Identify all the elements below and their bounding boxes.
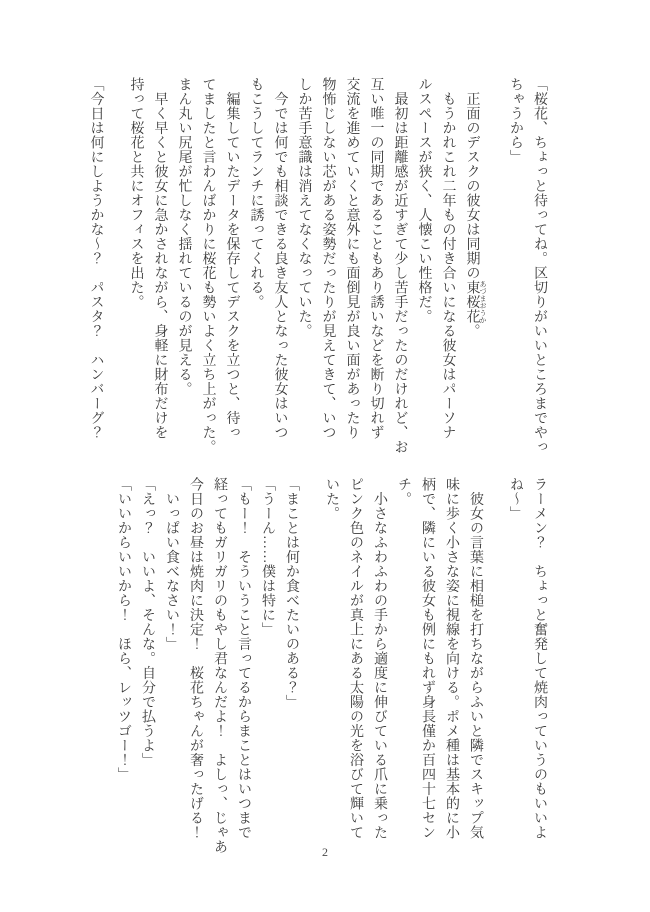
text-line-with-ruby: 正面のデスクの彼女は同期の東桜花あづまおうか。 <box>460 77 488 459</box>
text-line: 「いいからいいから！ ほら、レッツゴー！」 <box>111 477 135 859</box>
text-line: 編集していたデータを保存してデスクを立つと、待っ <box>220 77 244 459</box>
text-line: 互い唯一の同期であることもあり誘いなどを断り切れず <box>364 77 388 459</box>
text-line: チ。 <box>391 477 415 859</box>
text-line: ラーメン？ ちょっと奮発して焼肉っていうのもいいよ <box>527 477 551 859</box>
text-segment: 正面のデスクの彼女は同期の <box>465 77 480 280</box>
text-line: 経ってもガリガリのもやし君なんだよ！ よしっ、じゃあ <box>207 477 231 859</box>
text-line: ね～」 <box>503 477 527 859</box>
text-segment: 。 <box>465 324 480 339</box>
text-line: いた。 <box>319 477 343 859</box>
text-line: 「もー！ そういうこと言ってるからまことはいつまで <box>231 477 255 859</box>
section-gap <box>303 477 319 859</box>
text-line: もうかれこれ二年もの付き合いになる彼女はパーソナ <box>436 77 460 459</box>
text-line: 今では何でも相談できる良き友人となった彼女はいつ <box>268 77 292 459</box>
text-line: 物怖じしない芯がある姿勢だったりが見えてきて、いつ <box>316 77 340 459</box>
text-line: 小さなふわふわの手から適度に伸びている爪に乗った <box>367 477 391 859</box>
text-line: 柄で、隣にいる彼女も例にもれず身長僅か百四十七セン <box>415 477 439 859</box>
bottom-text-block: ラーメン？ ちょっと奮発して焼肉っていうのもいいよ ね～」 彼女の言葉に相槌を打… <box>111 477 551 859</box>
text-line: 最初は距離感が近すぎて少し苦手だったのだけれど、お <box>388 77 412 459</box>
text-line: ルスペースが狭く、人懐こい性格だ。 <box>412 77 436 459</box>
page-number: 2 <box>0 845 650 860</box>
text-line: 交流を進めていくと意外にも面倒見が良い面があったり <box>340 77 364 459</box>
text-line: まん丸い尻尾が忙しなく揺れているのが見える。 <box>172 77 196 459</box>
section-gap <box>487 477 503 859</box>
top-text-block: 「桜花、ちょっと待ってね。区切りがいいところまでやっ ちゃうから」 正面のデスク… <box>84 77 552 459</box>
text-line: てましたと言わんばかりに桜花も勢いよく立ち上がった。 <box>196 77 220 459</box>
text-line: ピンク色のネイルが真上にある太陽の光を浴びて輝いて <box>343 477 367 859</box>
text-line: 今日のお昼は焼肉に決定！ 桜花ちゃんが奢ったげる！ <box>183 477 207 859</box>
ruby-reading: あづまおうか <box>479 280 487 324</box>
text-line: 「まことは何か食べたいのある？」 <box>279 477 303 859</box>
text-line: 「うーん……僕は特に」 <box>255 477 279 859</box>
novel-page: 「桜花、ちょっと待ってね。区切りがいいところまでやっ ちゃうから」 正面のデスク… <box>0 0 650 912</box>
text-line: 「桜花、ちょっと待ってね。区切りがいいところまでやっ <box>527 77 551 459</box>
text-line: いっぱい食べなさい！」 <box>159 477 183 859</box>
text-line: 味に歩く小さな姿に視線を向ける。ポメ種は基本的に小 <box>439 477 463 859</box>
character-name-ruby: 東桜花あづまおうか <box>465 280 480 324</box>
text-line: 彼女の言葉に相槌を打ちながらふいと隣でスキップ気 <box>463 477 487 859</box>
section-gap <box>487 77 503 459</box>
text-line: もこうしてランチに誘ってくれる。 <box>244 77 268 459</box>
section-gap <box>108 77 124 459</box>
text-line: 早く早くと彼女に急かされながら、身軽に財布だけを <box>148 77 172 459</box>
text-line: 「今日は何にしようかな～？ パスタ？ ハンバーグ？ <box>84 77 108 459</box>
text-line: しか苦手意識は消えてなくなっていた。 <box>292 77 316 459</box>
ruby-base: 東桜花 <box>465 280 480 324</box>
text-line: ちゃうから」 <box>503 77 527 459</box>
text-line: 「えっ？ いいよ、そんな。自分で払うよ」 <box>135 477 159 859</box>
text-line: 持って桜花と共にオフィスを出た。 <box>124 77 148 459</box>
